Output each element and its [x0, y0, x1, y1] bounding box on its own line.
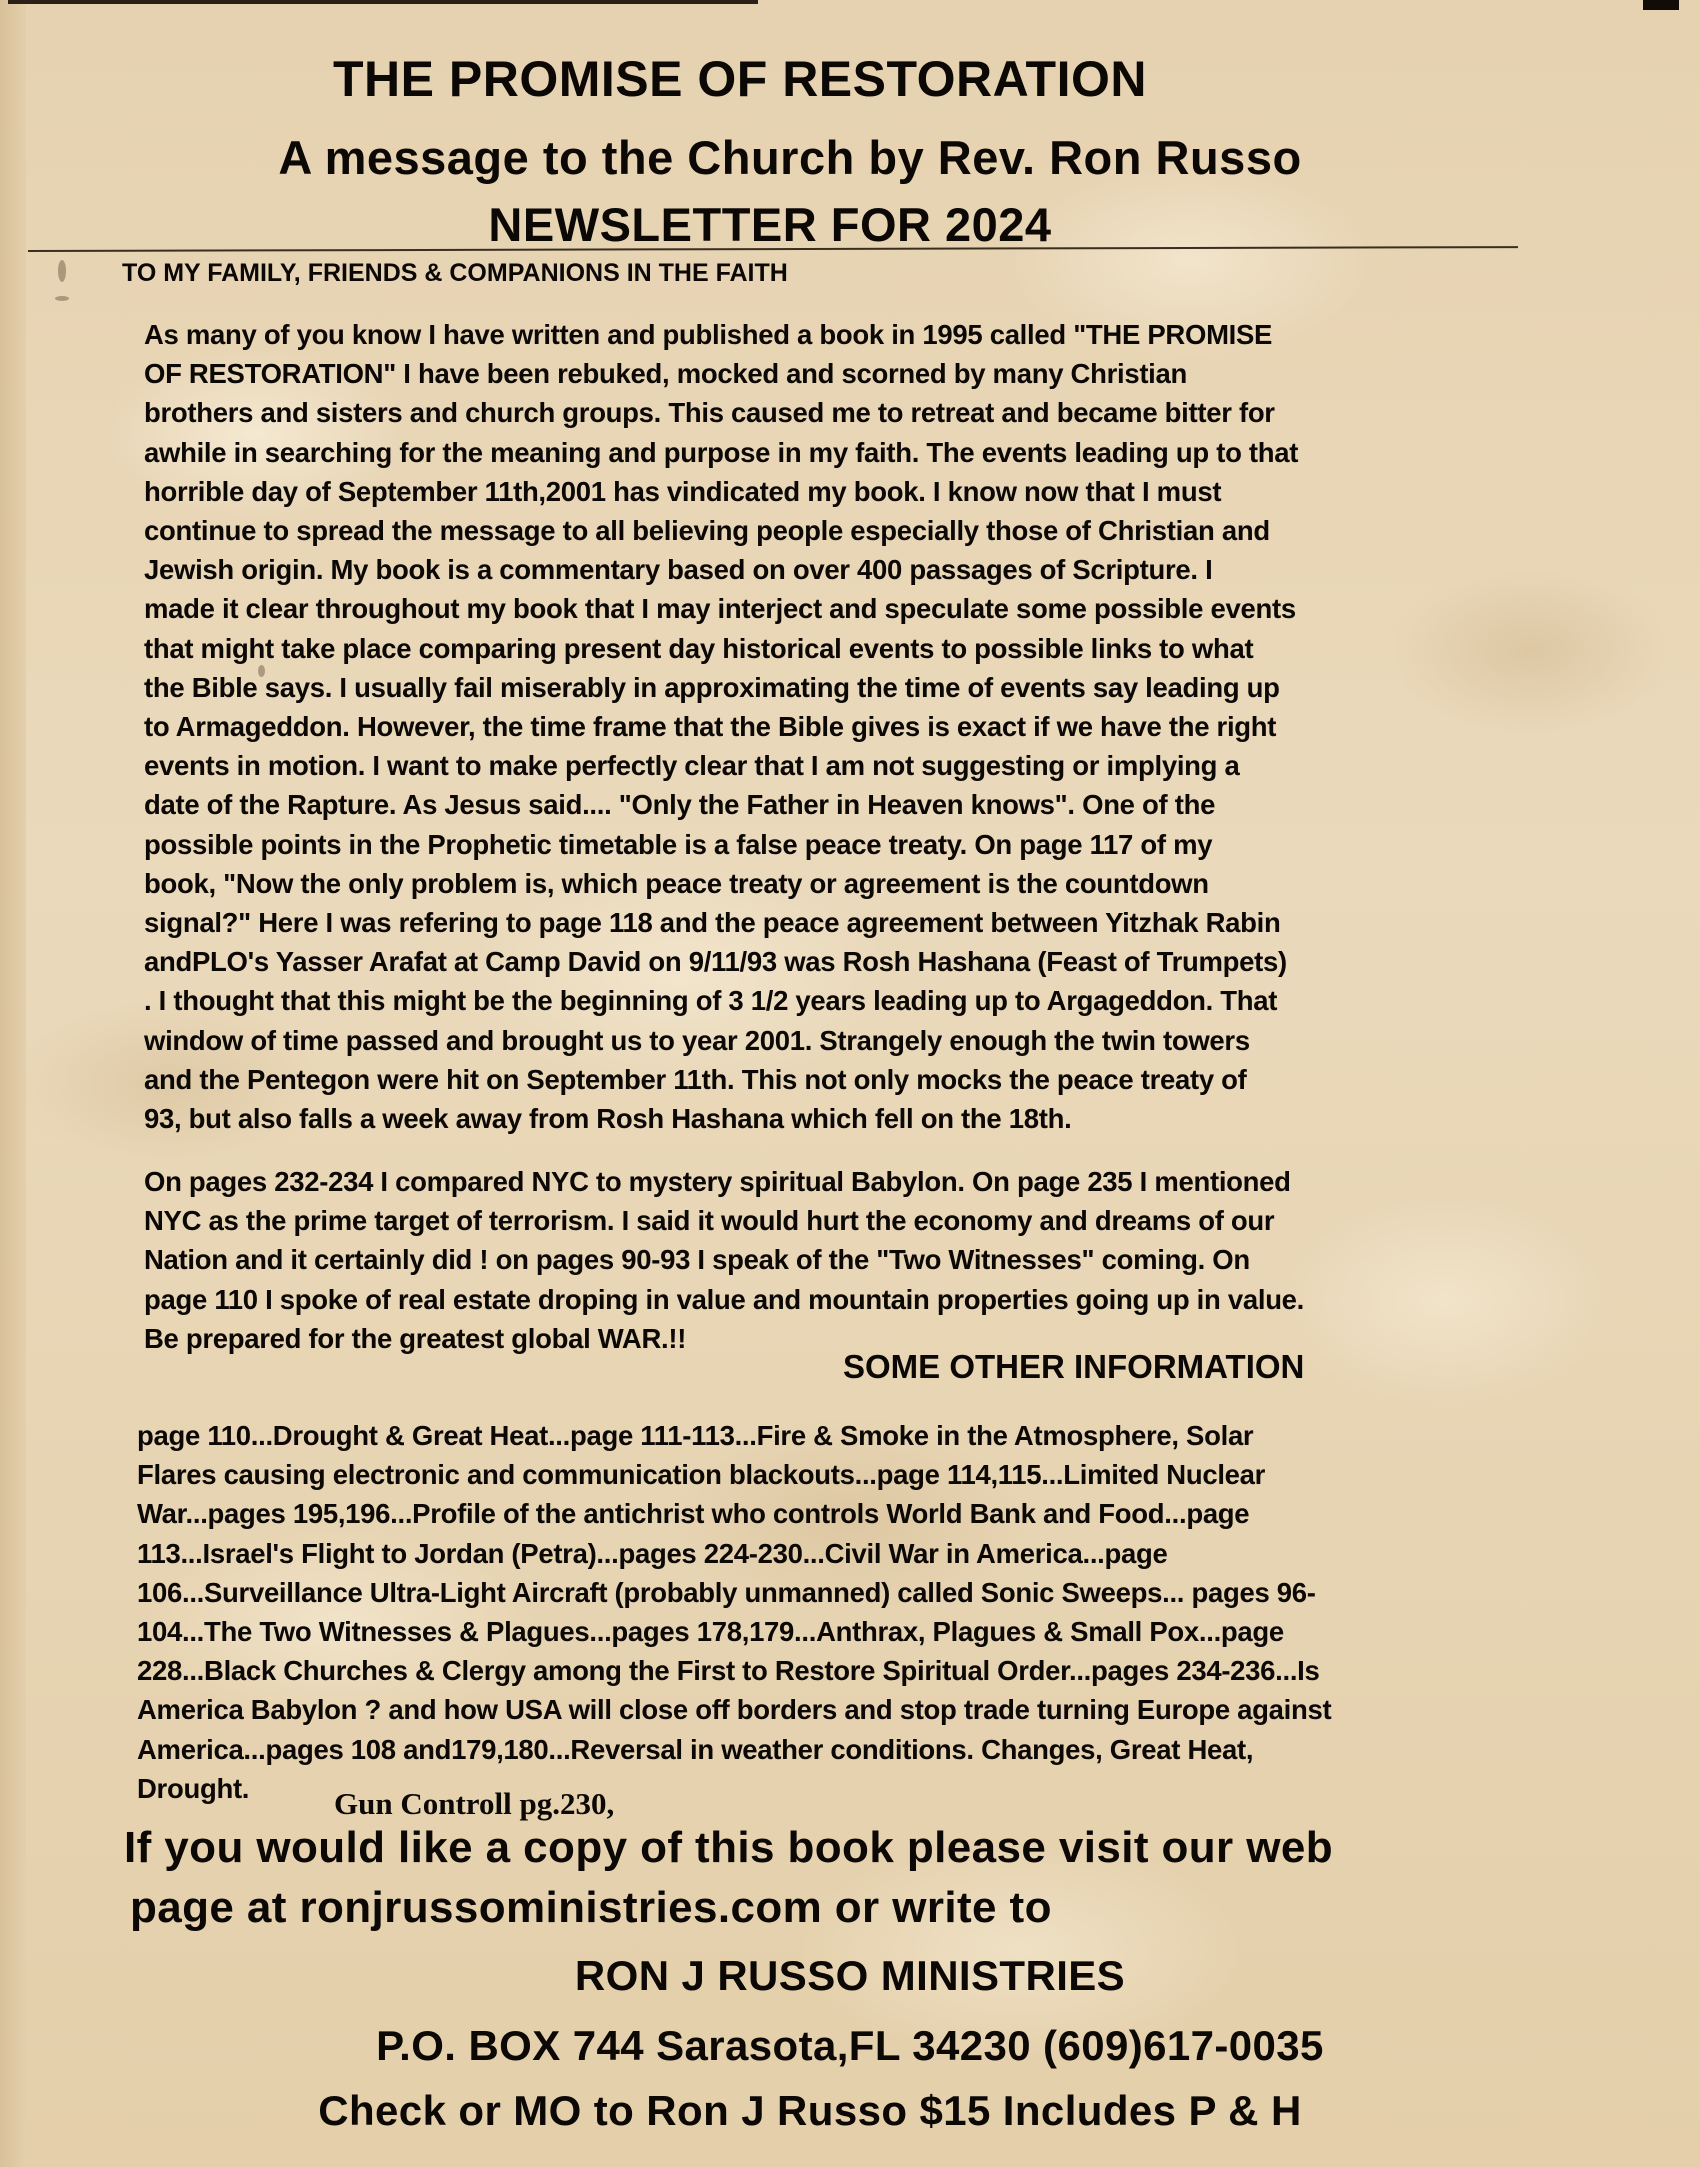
text-line: As many of you know I have written and p…: [144, 315, 1298, 354]
text-line: NYC as the prime target of terrorism. I …: [144, 1201, 1304, 1240]
text-line: 106...Surveillance Ultra-Light Aircraft …: [137, 1573, 1331, 1612]
text-line: America...pages 108 and179,180...Reversa…: [137, 1730, 1331, 1769]
text-line: War...pages 195,196...Profile of the ant…: [137, 1494, 1331, 1533]
text-line: 113...Israel's Flight to Jordan (Petra).…: [137, 1534, 1331, 1573]
text-line: window of time passed and brought us to …: [144, 1021, 1298, 1060]
text-line: Jewish origin. My book is a commentary b…: [144, 550, 1298, 589]
text-line: book, "Now the only problem is, which pe…: [144, 864, 1298, 903]
paper-smudge: [55, 296, 69, 301]
text-line: possible points in the Prophetic timetab…: [144, 825, 1298, 864]
text-line: Nation and it certainly did ! on pages 9…: [144, 1240, 1304, 1279]
page-edge: [0, 0, 26, 2167]
text-line: events in motion. I want to make perfect…: [144, 746, 1298, 785]
text-line: to Armageddon. However, the time frame t…: [144, 707, 1298, 746]
salutation: TO MY FAMILY, FRIENDS & COMPANIONS IN TH…: [122, 259, 788, 288]
text-line: On pages 232-234 I compared NYC to myste…: [144, 1162, 1304, 1201]
text-line: signal?" Here I was refering to page 118…: [144, 903, 1298, 942]
section-heading-other-info: SOME OTHER INFORMATION: [843, 1348, 1304, 1386]
payment-info: Check or MO to Ron J Russo $15 Includes …: [0, 2087, 1660, 2135]
text-line: 93, but also falls a week away from Rosh…: [144, 1099, 1298, 1138]
text-line: andPLO's Yasser Arafat at Camp David on …: [144, 942, 1298, 981]
document-subtitle: A message to the Church by Rev. Ron Russ…: [0, 130, 1640, 185]
text-line: Drought.: [137, 1769, 1331, 1808]
text-line: Flares causing electronic and communicat…: [137, 1455, 1331, 1494]
text-line: 228...Black Churches & Clergy among the …: [137, 1651, 1331, 1690]
newsletter-edition: NEWSLETTER FOR 2024: [0, 197, 1620, 252]
text-line: awhile in searching for the meaning and …: [144, 433, 1298, 472]
paper-smudge: [58, 260, 66, 282]
handwritten-note: Gun Controll pg.230,: [334, 1786, 614, 1822]
text-line: page 110 I spoke of real estate droping …: [144, 1280, 1304, 1319]
paper-smudge: [258, 665, 265, 677]
text-line: date of the Rapture. As Jesus said.... "…: [144, 785, 1298, 824]
cta-line-1: If you would like a copy of this book pl…: [124, 1823, 1333, 1873]
text-line: that might take place comparing present …: [144, 629, 1298, 668]
text-line: America Babylon ? and how USA will close…: [137, 1690, 1331, 1729]
text-line: made it clear throughout my book that I …: [144, 589, 1298, 628]
text-line: and the Pentegon were hit on September 1…: [144, 1060, 1298, 1099]
paragraph-page-index: page 110...Drought & Great Heat...page 1…: [137, 1416, 1331, 1808]
paragraph-predictions: On pages 232-234 I compared NYC to myste…: [144, 1162, 1304, 1358]
text-line: . I thought that this might be the begin…: [144, 981, 1298, 1020]
text-line: OF RESTORATION" I have been rebuked, moc…: [144, 354, 1298, 393]
corner-mark: [1643, 0, 1679, 10]
document-title: THE PROMISE OF RESTORATION: [0, 50, 1590, 108]
text-line: brothers and sisters and church groups. …: [144, 393, 1298, 432]
text-line: the Bible says. I usually fail miserably…: [144, 668, 1298, 707]
text-line: 104...The Two Witnesses & Plagues...page…: [137, 1612, 1331, 1651]
paragraph-intro: As many of you know I have written and p…: [144, 315, 1298, 1138]
text-line: page 110...Drought & Great Heat...page 1…: [137, 1416, 1331, 1455]
cta-line-2: page at ronjrussoministries.com or write…: [130, 1883, 1052, 1933]
scan-edge-line: [8, 0, 758, 4]
text-line: continue to spread the message to all be…: [144, 511, 1298, 550]
organization-name: RON J RUSSO MINISTRIES: [0, 1952, 1700, 2000]
text-line: horrible day of September 11th,2001 has …: [144, 472, 1298, 511]
mailing-address: P.O. BOX 744 Sarasota,FL 34230 (609)617-…: [0, 2022, 1700, 2070]
